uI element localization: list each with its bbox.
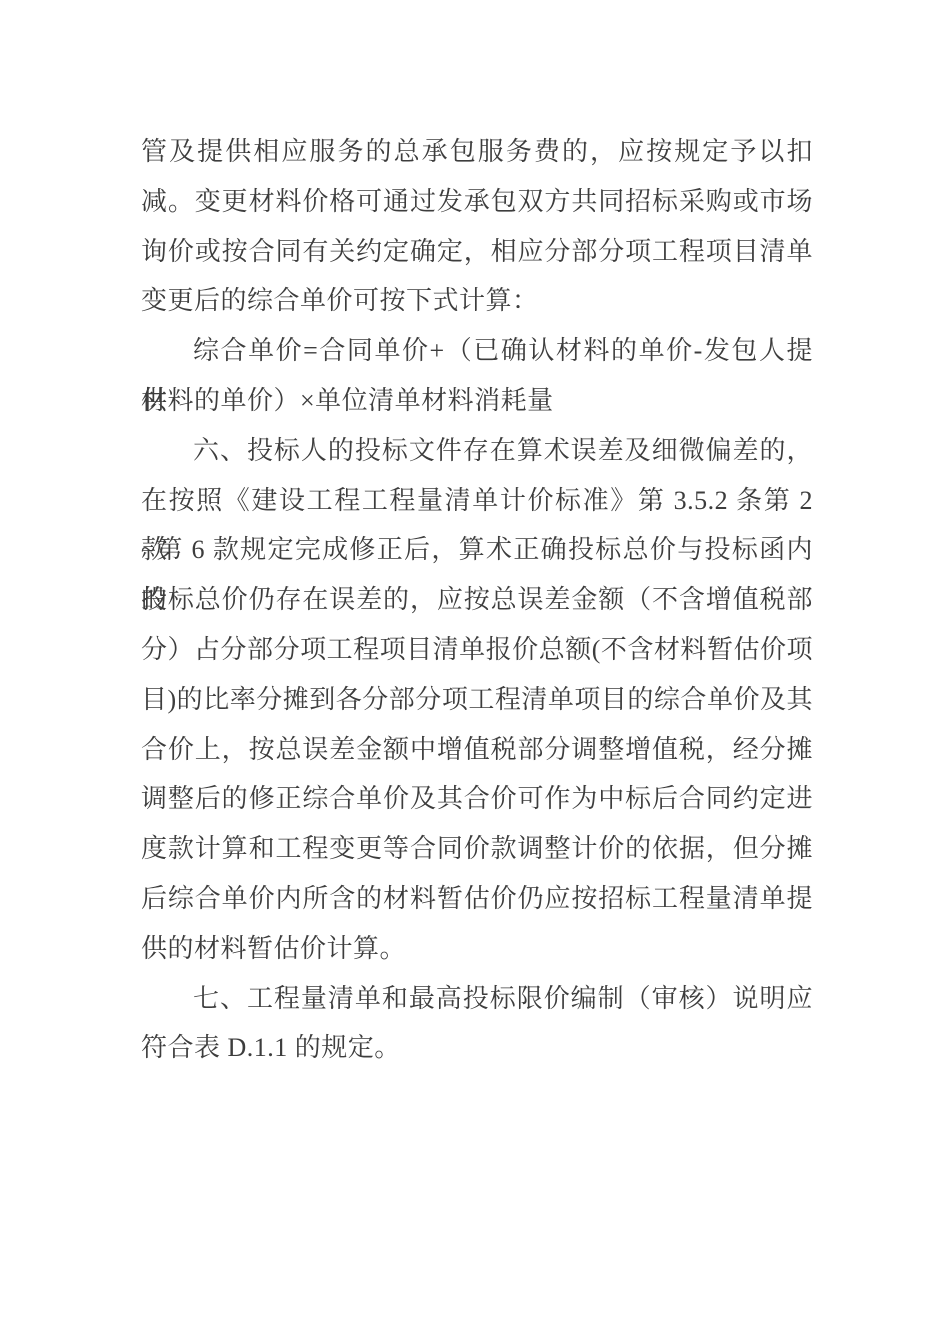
text-line: 合价上，按总误差金额中增值税部分调整增值税，经分摊 — [141, 725, 813, 775]
text-line: 变更后的综合单价可按下式计算： — [141, 276, 813, 326]
text-line: 在按照《建设工程工程量清单计价标准》第 3.5.2 条第 2 款 — [141, 476, 813, 526]
text-line: 分）占分部分项工程项目清单报价总额(不含材料暂估价项 — [141, 625, 813, 675]
text-line: 供的材料暂估价计算。 — [141, 924, 813, 974]
text-line: 投标总价仍存在误差的，应按总误差金额（不含增值税部 — [141, 575, 813, 625]
text-line: 度款计算和工程变更等合同价款调整计价的依据，但分摊 — [141, 824, 813, 874]
text-line-formula: 综合单价=合同单价+（已确认材料的单价-发包人提供 — [141, 326, 813, 376]
text-line: 符合表 D.1.1 的规定。 — [141, 1023, 813, 1073]
text-line: 管及提供相应服务的总承包服务费的，应按规定予以扣 — [141, 127, 813, 177]
text-line-item-six: 六、投标人的投标文件存在算术误差及细微偏差的， — [141, 426, 813, 476]
text-line: 减。变更材料价格可通过发承包双方共同招标采购或市场 — [141, 177, 813, 227]
text-line: 调整后的修正综合单价及其合价可作为中标后合同约定进 — [141, 774, 813, 824]
text-line-item-seven: 七、工程量清单和最高投标限价编制（审核）说明应 — [141, 974, 813, 1024]
text-line: 后综合单价内所含的材料暂估价仍应按招标工程量清单提 — [141, 874, 813, 924]
document-body: 管及提供相应服务的总承包服务费的，应按规定予以扣 减。变更材料价格可通过发承包双… — [141, 127, 813, 1073]
text-line: 询价或按合同有关约定确定，相应分部分项工程项目清单 — [141, 227, 813, 277]
text-line: 目)的比率分摊到各分部分项工程清单项目的综合单价及其 — [141, 675, 813, 725]
text-line-formula: 材料的单价）×单位清单材料消耗量 — [141, 376, 813, 426]
text-line: ~第 6 款规定完成修正后，算术正确投标总价与投标函内的 — [141, 525, 813, 575]
document-page: 管及提供相应服务的总承包服务费的，应按规定予以扣 减。变更材料价格可通过发承包双… — [0, 0, 950, 1344]
